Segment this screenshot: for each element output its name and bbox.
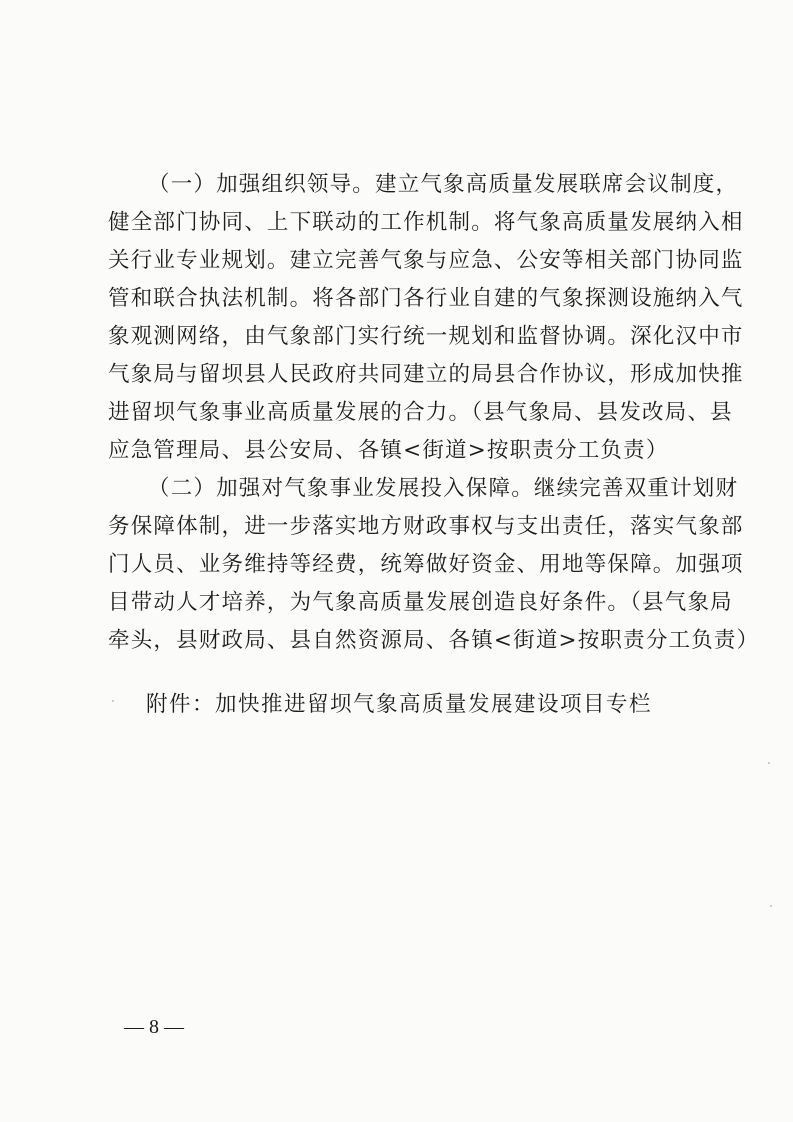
section-1-line-8: 应急管理局、县公安局、各镇<街道>按职责分工负责） [108,432,693,470]
section-1-line-4: 管和联合执法机制。将各部门各行业自建的气象探测设施纳入气 [108,280,693,318]
section-1-line-1: （一）加强组织领导。建立气象高质量发展联席会议制度， [108,166,693,204]
scan-speck [112,700,114,702]
section-1-line-5: 象观测网络，由气象部门实行统一规划和监督协调。深化汉中市 [108,318,693,356]
section-1-line-6: 气象局与留坝县人民政府共同建立的局县合作协议，形成加快推 [108,356,693,394]
section-2-line-1: （二）加强对气象事业发展投入保障。继续完善双重计划财 [108,470,693,508]
page-number: — 8 — [124,1012,184,1042]
section-1-line-2: 健全部门协同、上下联动的工作机制。将气象高质量发展纳入相 [108,204,693,242]
section-2-paragraph: （二）加强对气象事业发展投入保障。继续完善双重计划财 务保障体制，进一步落实地方… [108,470,693,660]
document-page: （一）加强组织领导。建立气象高质量发展联席会议制度， 健全部门协同、上下联动的工… [0,0,793,1122]
scan-speck [768,762,770,764]
section-2-line-3: 门人员、业务维持等经费，统筹做好资金、用地等保障。加强项 [108,546,693,584]
attachment-note: 附件：加快推进留坝气象高质量发展建设项目专栏 [146,686,652,724]
section-1-line-7: 进留坝气象事业高质量发展的合力。（县气象局、县发改局、县 [108,394,693,432]
section-1-paragraph: （一）加强组织领导。建立气象高质量发展联席会议制度， 健全部门协同、上下联动的工… [108,166,693,470]
section-2-line-4: 目带动人才培养，为气象高质量发展创造良好条件。（县气象局 [108,584,693,622]
section-2-line-5: 牵头，县财政局、县自然资源局、各镇<街道>按职责分工负责） [108,622,693,660]
scan-speck [770,905,772,907]
section-1-line-3: 关行业专业规划。建立完善气象与应急、公安等相关部门协同监 [108,242,693,280]
section-2-line-2: 务保障体制，进一步落实地方财政事权与支出责任，落实气象部 [108,508,693,546]
